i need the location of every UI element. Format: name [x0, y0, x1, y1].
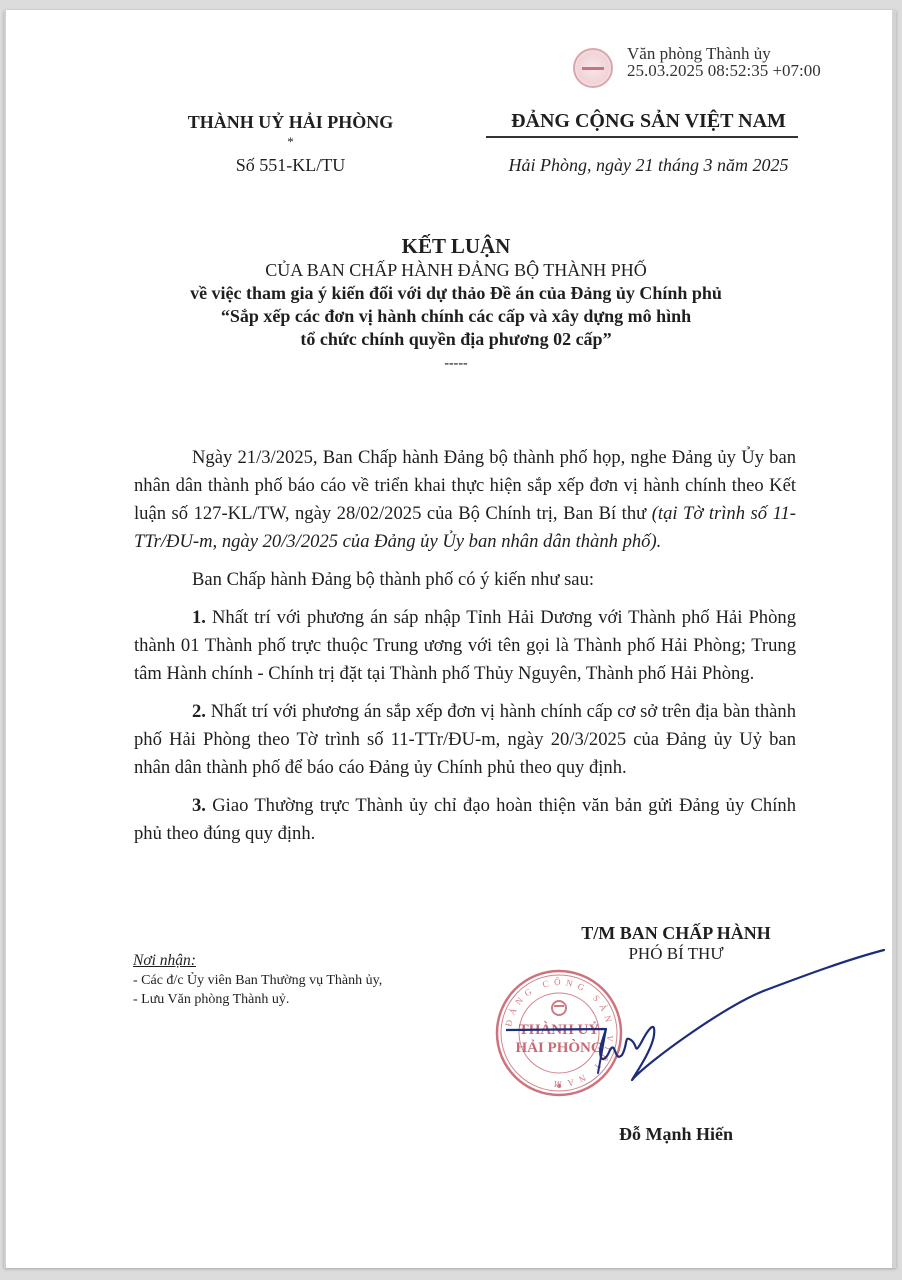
- document-page: Văn phòng Thành ủy 25.03.2025 08:52:35 +…: [4, 10, 896, 1268]
- recipient-item: - Các đ/c Ủy viên Ban Thường vụ Thành ủy…: [133, 971, 382, 990]
- item-number: 1.: [192, 607, 206, 628]
- title-sub: CỦA BAN CHẤP HÀNH ĐẢNG BỘ THÀNH PHỐ: [126, 259, 786, 282]
- opinion-lead: Ban Chấp hành Đảng bộ thành phố có ý kiế…: [134, 566, 796, 594]
- seal-icon: [573, 48, 613, 88]
- item-text: Nhất trí với phương án sắp xếp đơn vị hà…: [134, 701, 796, 778]
- item-2: 2. Nhất trí với phương án sắp xếp đơn vị…: [134, 698, 796, 782]
- document-number: Số 551-KL/TU: [158, 155, 423, 176]
- party-name: ĐẢNG CỘNG SẢN VIỆT NAM: [466, 110, 831, 133]
- signer-name: Đỗ Mạnh Hiến: [566, 1124, 786, 1145]
- document-body: Ngày 21/3/2025, Ban Chấp hành Đảng bộ th…: [134, 444, 796, 858]
- digital-signature-signer: Văn phòng Thành ủy: [627, 45, 821, 62]
- recipient-item: - Lưu Văn phòng Thành uỷ.: [133, 990, 382, 1009]
- recipients-label: Nơi nhận:: [133, 951, 382, 971]
- title-main: KẾT LUẬN: [126, 233, 786, 259]
- item-text: Nhất trí với phương án sáp nhập Tỉnh Hải…: [134, 607, 796, 684]
- party-underline: [486, 136, 798, 138]
- item-1: 1. Nhất trí với phương án sáp nhập Tỉnh …: [134, 604, 796, 688]
- item-text: Giao Thường trực Thành ủy chỉ đạo hoàn t…: [134, 795, 796, 844]
- place-date: Hải Phòng, ngày 21 tháng 3 năm 2025: [466, 155, 831, 176]
- item-number: 2.: [192, 701, 206, 722]
- issuer-mark: *: [158, 134, 423, 150]
- recipients: Nơi nhận: - Các đ/c Ủy viên Ban Thường v…: [133, 951, 382, 1009]
- item-number: 3.: [192, 795, 206, 816]
- signer-on-behalf: T/M BAN CHẤP HÀNH: [536, 922, 816, 944]
- title-line-3: tổ chức chính quyền địa phương 02 cấp”: [126, 328, 786, 351]
- title-line-2: “Sắp xếp các đơn vị hành chính các cấp v…: [126, 305, 786, 328]
- document-title: KẾT LUẬN CỦA BAN CHẤP HÀNH ĐẢNG BỘ THÀNH…: [126, 233, 786, 373]
- item-3: 3. Giao Thường trực Thành ủy chỉ đạo hoà…: [134, 792, 796, 848]
- title-separator: -----: [126, 355, 786, 373]
- digital-signature-timestamp: 25.03.2025 08:52:35 +07:00: [627, 62, 821, 79]
- intro-paragraph: Ngày 21/3/2025, Ban Chấp hành Đảng bộ th…: [134, 444, 796, 556]
- digital-signature: Văn phòng Thành ủy 25.03.2025 08:52:35 +…: [627, 45, 821, 79]
- handwritten-signature: [506, 945, 902, 1095]
- issuer-name: THÀNH UỶ HẢI PHÒNG: [158, 112, 423, 133]
- title-line-1: về việc tham gia ý kiến đối với dự thảo …: [126, 282, 786, 305]
